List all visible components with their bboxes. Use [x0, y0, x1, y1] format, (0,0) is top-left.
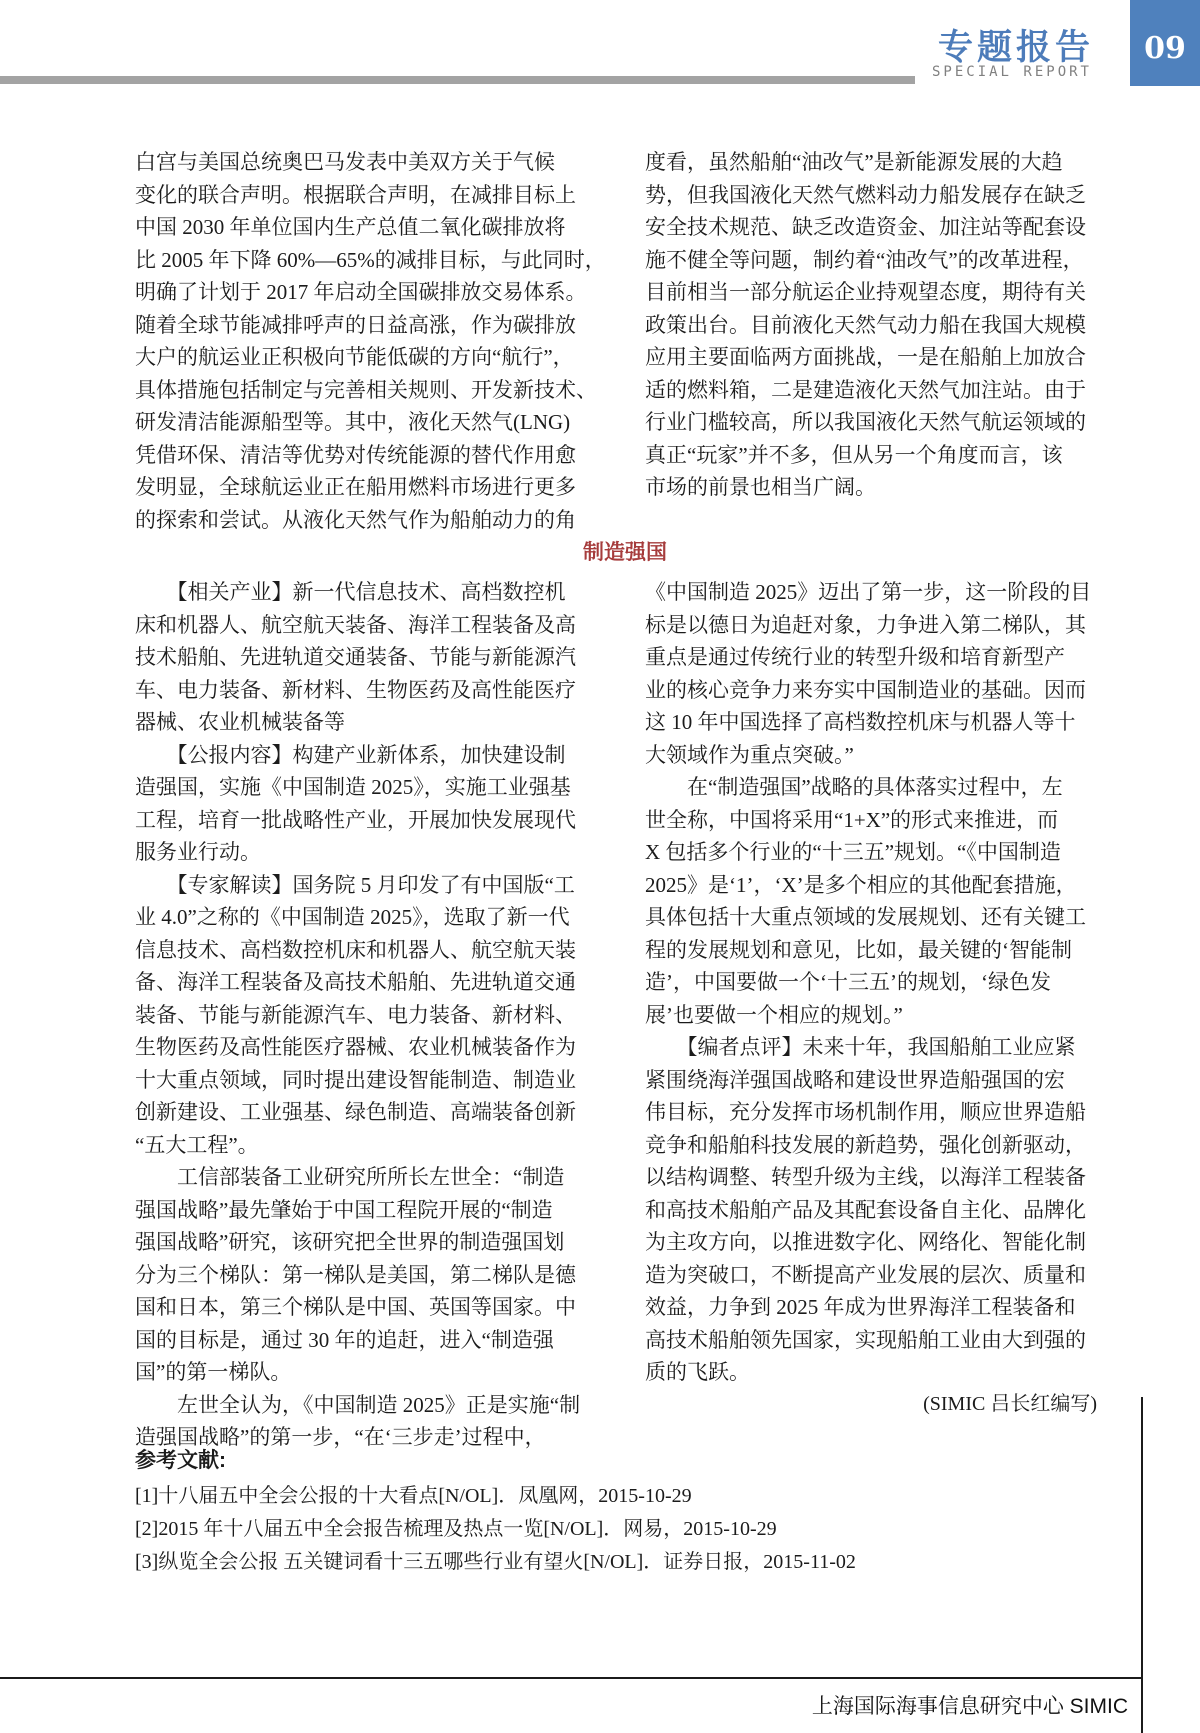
text-line: 强国战略”研究，该研究把全世界的制造强国划: [135, 1226, 583, 1259]
text-line: 目前相当一部分航运企业持观望态度，期待有关: [645, 276, 1095, 309]
text-line: 车、电力装备、新材料、生物医药及高性能医疗: [135, 674, 583, 707]
text-line: 国”的第一梯队。: [135, 1356, 583, 1389]
text-line: 强国战略”最先肇始于中国工程院开展的“制造: [135, 1194, 583, 1227]
text-line: 标是以德日为追赶对象，力争进入第二梯队，其: [645, 609, 1095, 642]
text-line: 国的目标是，通过 30 年的追赶，进入“制造强: [135, 1324, 583, 1357]
text-line: 发明显，全球航运业正在船用燃料市场进行更多: [135, 471, 583, 504]
header-title-cn: 专题报告: [938, 20, 1094, 70]
text-line: 工程，培育一批战略性产业，开展加快发展现代: [135, 804, 583, 837]
text-line: 国和日本，第三个梯队是中国、英国等国家。中: [135, 1291, 583, 1324]
references-title: 参考文献:: [135, 1444, 226, 1474]
text-line: 【专家解读】国务院 5 月印发了有中国版“工: [135, 869, 583, 902]
text-line: 质的飞跃。: [645, 1356, 1095, 1389]
text-line: 具体措施包括制定与完善相关规则、开发新技术、: [135, 374, 583, 407]
text-line: 凭借环保、清洁等优势对传统能源的替代作用愈: [135, 439, 583, 472]
text-line: 十大重点领域，同时提出建设智能制造、制造业: [135, 1064, 583, 1097]
text-line: 应用主要面临两方面挑战，一是在船舶上加放合: [645, 341, 1095, 374]
text-line: 重点是通过传统行业的转型升级和培育新型产: [645, 641, 1095, 674]
text-line: 适的燃料箱，二是建造液化天然气加注站。由于: [645, 374, 1095, 407]
text-line: 在“制造强国”战略的具体落实过程中，左: [645, 771, 1095, 804]
text-line: 服务业行动。: [135, 836, 583, 869]
text-line: 创新建设、工业强基、绿色制造、高端装备创新: [135, 1096, 583, 1129]
text-line: 大户的航运业正积极向节能低碳的方向“航行”，: [135, 341, 583, 374]
text-line: 研发清洁能源船型等。其中，液化天然气(LNG): [135, 406, 583, 439]
footer-divider-horizontal: [0, 1677, 1143, 1679]
text-line: 业 4.0”之称的《中国制造 2025》，选取了新一代: [135, 901, 583, 934]
text-line: 展’也要做一个相应的规划。”: [645, 999, 1095, 1032]
text-line: 效益，力争到 2025 年成为世界海洋工程装备和: [645, 1291, 1095, 1324]
text-line: 市场的前景也相当广阔。: [645, 471, 1095, 504]
text-line: 【相关产业】新一代信息技术、高档数控机: [135, 576, 583, 609]
footer-organization: 上海国际海事信息研究中心 SIMIC: [812, 1690, 1128, 1720]
text-line: 和高技术船舶产品及其配套设备自主化、品牌化: [645, 1194, 1095, 1227]
references-list: [1]十八届五中全会公报的十大看点[N/OL]．凤凰网，2015-10-29[2…: [135, 1480, 856, 1579]
header-divider-bar: [0, 76, 915, 84]
text-line: 分为三个梯队：第一梯队是美国，第二梯队是德: [135, 1259, 583, 1292]
text-line: 床和机器人、航空航天装备、海洋工程装备及高: [135, 609, 583, 642]
text-line: 为主攻方向，以推进数字化、网络化、智能化制: [645, 1226, 1095, 1259]
text-line: 大领域作为重点突破。”: [645, 739, 1095, 772]
text-line: 器械、农业机械装备等: [135, 706, 583, 739]
text-line: 造为突破口，不断提高产业发展的层次、质量和: [645, 1259, 1095, 1292]
text-line: 度看，虽然船舶“油改气”是新能源发展的大趋: [645, 146, 1095, 179]
text-line: 伟目标，充分发挥市场机制作用，顺应世界造船: [645, 1096, 1095, 1129]
text-line: X 包括多个行业的“十三五”规划。“《中国制造: [645, 836, 1095, 869]
text-line: 真正“玩家”并不多，但从另一个角度而言，该: [645, 439, 1095, 472]
footer-divider-vertical: [1141, 1397, 1143, 1733]
text-line: 程的发展规划和意见，比如，最关键的‘智能制: [645, 934, 1095, 967]
text-line: 安全技术规范、缺乏改造资金、加注站等配套设: [645, 211, 1095, 244]
text-line: 业的核心竞争力来夯实中国制造业的基础。因而: [645, 674, 1095, 707]
text-line: 紧围绕海洋强国战略和建设世界造船强国的宏: [645, 1064, 1095, 1097]
text-line: 变化的联合声明。根据联合声明，在减排目标上: [135, 179, 583, 212]
section1-right-column: 度看，虽然船舶“油改气”是新能源发展的大趋势，但我国液化天然气燃料动力船发展存在…: [645, 146, 1095, 504]
text-line: 比 2005 年下降 60%—65%的减排目标，与此同时，: [135, 244, 583, 277]
text-line: 竞争和船舶科技发展的新趋势，强化创新驱动，: [645, 1129, 1095, 1162]
author-signature: (SIMIC 吕长红编写): [645, 1387, 1097, 1416]
text-line: 具体包括十大重点领域的发展规划、还有关键工: [645, 901, 1095, 934]
text-line: 随着全球节能减排呼声的日益高涨，作为碳排放: [135, 309, 583, 342]
page-number-badge: 09: [1130, 0, 1200, 86]
text-line: 左世全认为，《中国制造 2025》正是实施“制: [135, 1389, 583, 1422]
text-line: 技术船舶、先进轨道交通装备、节能与新能源汽: [135, 641, 583, 674]
text-line: 这 10 年中国选择了高档数控机床与机器人等十: [645, 706, 1095, 739]
section1-left-column: 白宫与美国总统奥巴马发表中美双方关于气候变化的联合声明。根据联合声明，在减排目标…: [135, 146, 583, 536]
text-line: 工信部装备工业研究所所长左世全：“制造: [135, 1161, 583, 1194]
text-line: 政策出台。目前液化天然气动力船在我国大规模: [645, 309, 1095, 342]
text-line: [1]十八届五中全会公报的十大看点[N/OL]．凤凰网，2015-10-29: [135, 1480, 856, 1513]
header-title-en: SPECIAL REPORT: [932, 64, 1092, 80]
text-line: 的探索和尝试。从液化天然气作为船舶动力的角: [135, 504, 583, 537]
page-number: 09: [1144, 21, 1186, 66]
text-line: 施不健全等问题，制约着“油改气”的改革进程，: [645, 244, 1095, 277]
text-line: 世全称，中国将采用“1+X”的形式来推进，而: [645, 804, 1095, 837]
text-line: 生物医药及高性能医疗器械、农业机械装备作为: [135, 1031, 583, 1064]
text-line: 行业门槛较高，所以我国液化天然气航运领域的: [645, 406, 1095, 439]
text-line: 造’，中国要做一个‘十三五’的规划，‘绿色发: [645, 966, 1095, 999]
text-line: 白宫与美国总统奥巴马发表中美双方关于气候: [135, 146, 583, 179]
text-line: 高技术船舶领先国家，实现船舶工业由大到强的: [645, 1324, 1095, 1357]
section2-left-column: 【相关产业】新一代信息技术、高档数控机床和机器人、航空航天装备、海洋工程装备及高…: [135, 576, 583, 1454]
text-line: 备、海洋工程装备及高技术船舶、先进轨道交通: [135, 966, 583, 999]
text-line: 中国 2030 年单位国内生产总值二氧化碳排放将: [135, 211, 583, 244]
text-line: [3]纵览全会公报 五关键词看十三五哪些行业有望火[N/OL]．证券日报，201…: [135, 1546, 856, 1579]
text-line: 【编者点评】未来十年，我国船舶工业应紧: [645, 1031, 1095, 1064]
section-heading: 制造强国: [150, 536, 1100, 566]
text-line: [2]2015 年十八届五中全会报告梳理及热点一览[N/OL]．网易，2015-…: [135, 1513, 856, 1546]
text-line: 明确了计划于 2017 年启动全国碳排放交易体系。: [135, 276, 583, 309]
text-line: 装备、节能与新能源汽车、电力装备、新材料、: [135, 999, 583, 1032]
section2-right-column: 《中国制造 2025》迈出了第一步，这一阶段的目标是以德日为追赶对象，力争进入第…: [645, 576, 1095, 1389]
text-line: 【公报内容】构建产业新体系，加快建设制: [135, 739, 583, 772]
text-line: 《中国制造 2025》迈出了第一步，这一阶段的目: [645, 576, 1095, 609]
text-line: 势，但我国液化天然气燃料动力船发展存在缺乏: [645, 179, 1095, 212]
text-line: 信息技术、高档数控机床和机器人、航空航天装: [135, 934, 583, 967]
text-line: 以结构调整、转型升级为主线，以海洋工程装备: [645, 1161, 1095, 1194]
text-line: “五大工程”。: [135, 1129, 583, 1162]
text-line: 造强国，实施《中国制造 2025》，实施工业强基: [135, 771, 583, 804]
text-line: 2025》是‘1’，‘X’是多个相应的其他配套措施，: [645, 869, 1095, 902]
